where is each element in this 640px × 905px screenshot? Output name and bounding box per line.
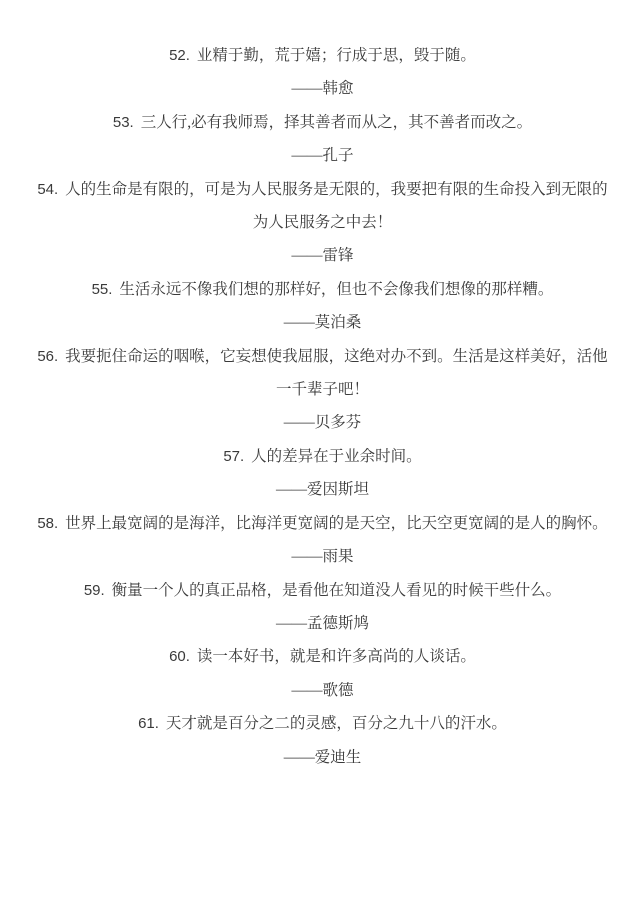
quote-text: 人的生命是有限的，可是为人民服务是无限的，我要把有限的生命投入到无限的为人民服务… — [65, 181, 608, 231]
quote-item-61: 61.天才就是百分之二的灵感，百分之九十八的汗水。 ——爱迪生 — [35, 707, 610, 774]
quote-item-53: 53.三人行,必有我师焉，择其善者而从之，其不善者而改之。 ——孔子 — [35, 106, 610, 173]
quote-number: 61. — [138, 715, 159, 732]
quote-number: 58. — [37, 515, 58, 532]
quote-text-line: 61.天才就是百分之二的灵感，百分之九十八的汗水。 — [35, 707, 610, 740]
quote-text: 天才就是百分之二的灵感，百分之九十八的汗水。 — [166, 715, 507, 732]
quote-text-line: 56.我要扼住命运的咽喉，它妄想使我屈服，这绝对办不到。生活是这样美好，活他一千… — [35, 340, 610, 407]
quote-attribution: ——贝多芬 — [35, 406, 610, 439]
quote-text: 生活永远不像我们想的那样好，但也不会像我们想像的那样糟。 — [119, 281, 553, 298]
quote-text: 世界上最宽阔的是海洋，比海洋更宽阔的是天空，比天空更宽阔的是人的胸怀。 — [65, 515, 608, 532]
quote-attribution: ——韩愈 — [35, 72, 610, 105]
quote-number: 60. — [169, 648, 190, 665]
quote-attribution: ——孔子 — [35, 139, 610, 172]
quote-number: 56. — [37, 348, 58, 365]
quote-text: 衡量一个人的真正品格，是看他在知道没人看见的时候干些什么。 — [112, 582, 562, 599]
quote-attribution: ——莫泊桑 — [35, 306, 610, 339]
quote-item-54: 54.人的生命是有限的，可是为人民服务是无限的，我要把有限的生命投入到无限的为人… — [35, 173, 610, 273]
quote-item-57: 57.人的差异在于业余时间。 ——爱因斯坦 — [35, 440, 610, 507]
quote-number: 55. — [92, 281, 113, 298]
quote-text-line: 53.三人行,必有我师焉，择其善者而从之，其不善者而改之。 — [35, 106, 610, 139]
quote-item-60: 60.读一本好书，就是和许多高尚的人谈话。 ——歌德 — [35, 640, 610, 707]
quote-text: 业精于勤，荒于嬉；行成于思，毁于随。 — [197, 47, 476, 64]
quote-item-58: 58.世界上最宽阔的是海洋，比海洋更宽阔的是天空，比天空更宽阔的是人的胸怀。 —… — [35, 507, 610, 574]
quote-text-line: 54.人的生命是有限的，可是为人民服务是无限的，我要把有限的生命投入到无限的为人… — [35, 173, 610, 240]
quote-number: 54. — [37, 181, 58, 198]
quote-attribution: ——雷锋 — [35, 239, 610, 272]
quote-number: 53. — [113, 114, 134, 131]
quote-text: 读一本好书，就是和许多高尚的人谈话。 — [197, 648, 476, 665]
quote-text-line: 52.业精于勤，荒于嬉；行成于思，毁于随。 — [35, 39, 610, 72]
quote-attribution: ——爱迪生 — [35, 741, 610, 774]
quote-text-line: 58.世界上最宽阔的是海洋，比海洋更宽阔的是天空，比天空更宽阔的是人的胸怀。 — [35, 507, 610, 540]
quote-item-59: 59.衡量一个人的真正品格，是看他在知道没人看见的时候干些什么。 ——孟德斯鸠 — [35, 574, 610, 641]
quote-text-line: 59.衡量一个人的真正品格，是看他在知道没人看见的时候干些什么。 — [35, 574, 610, 607]
quote-text: 我要扼住命运的咽喉，它妄想使我屈服，这绝对办不到。生活是这样美好，活他一千辈子吧… — [65, 348, 608, 398]
quote-item-56: 56.我要扼住命运的咽喉，它妄想使我屈服，这绝对办不到。生活是这样美好，活他一千… — [35, 340, 610, 440]
document-page: 52.业精于勤，荒于嬉；行成于思，毁于随。 ——韩愈 53.三人行,必有我师焉，… — [0, 0, 640, 905]
quote-text-line: 57.人的差异在于业余时间。 — [35, 440, 610, 473]
quote-number: 57. — [223, 448, 244, 465]
quote-attribution: ——孟德斯鸠 — [35, 607, 610, 640]
quote-attribution: ——雨果 — [35, 540, 610, 573]
quote-text: 三人行,必有我师焉，择其善者而从之，其不善者而改之。 — [141, 114, 532, 131]
quote-number: 59. — [84, 582, 105, 599]
quote-number: 52. — [169, 47, 190, 64]
quote-attribution: ——爱因斯坦 — [35, 473, 610, 506]
quote-item-52: 52.业精于勤，荒于嬉；行成于思，毁于随。 ——韩愈 — [35, 39, 610, 106]
quote-text-line: 55.生活永远不像我们想的那样好，但也不会像我们想像的那样糟。 — [35, 273, 610, 306]
quote-text: 人的差异在于业余时间。 — [251, 448, 422, 465]
quote-text-line: 60.读一本好书，就是和许多高尚的人谈话。 — [35, 640, 610, 673]
quote-item-55: 55.生活永远不像我们想的那样好，但也不会像我们想像的那样糟。 ——莫泊桑 — [35, 273, 610, 340]
quote-attribution: ——歌德 — [35, 674, 610, 707]
